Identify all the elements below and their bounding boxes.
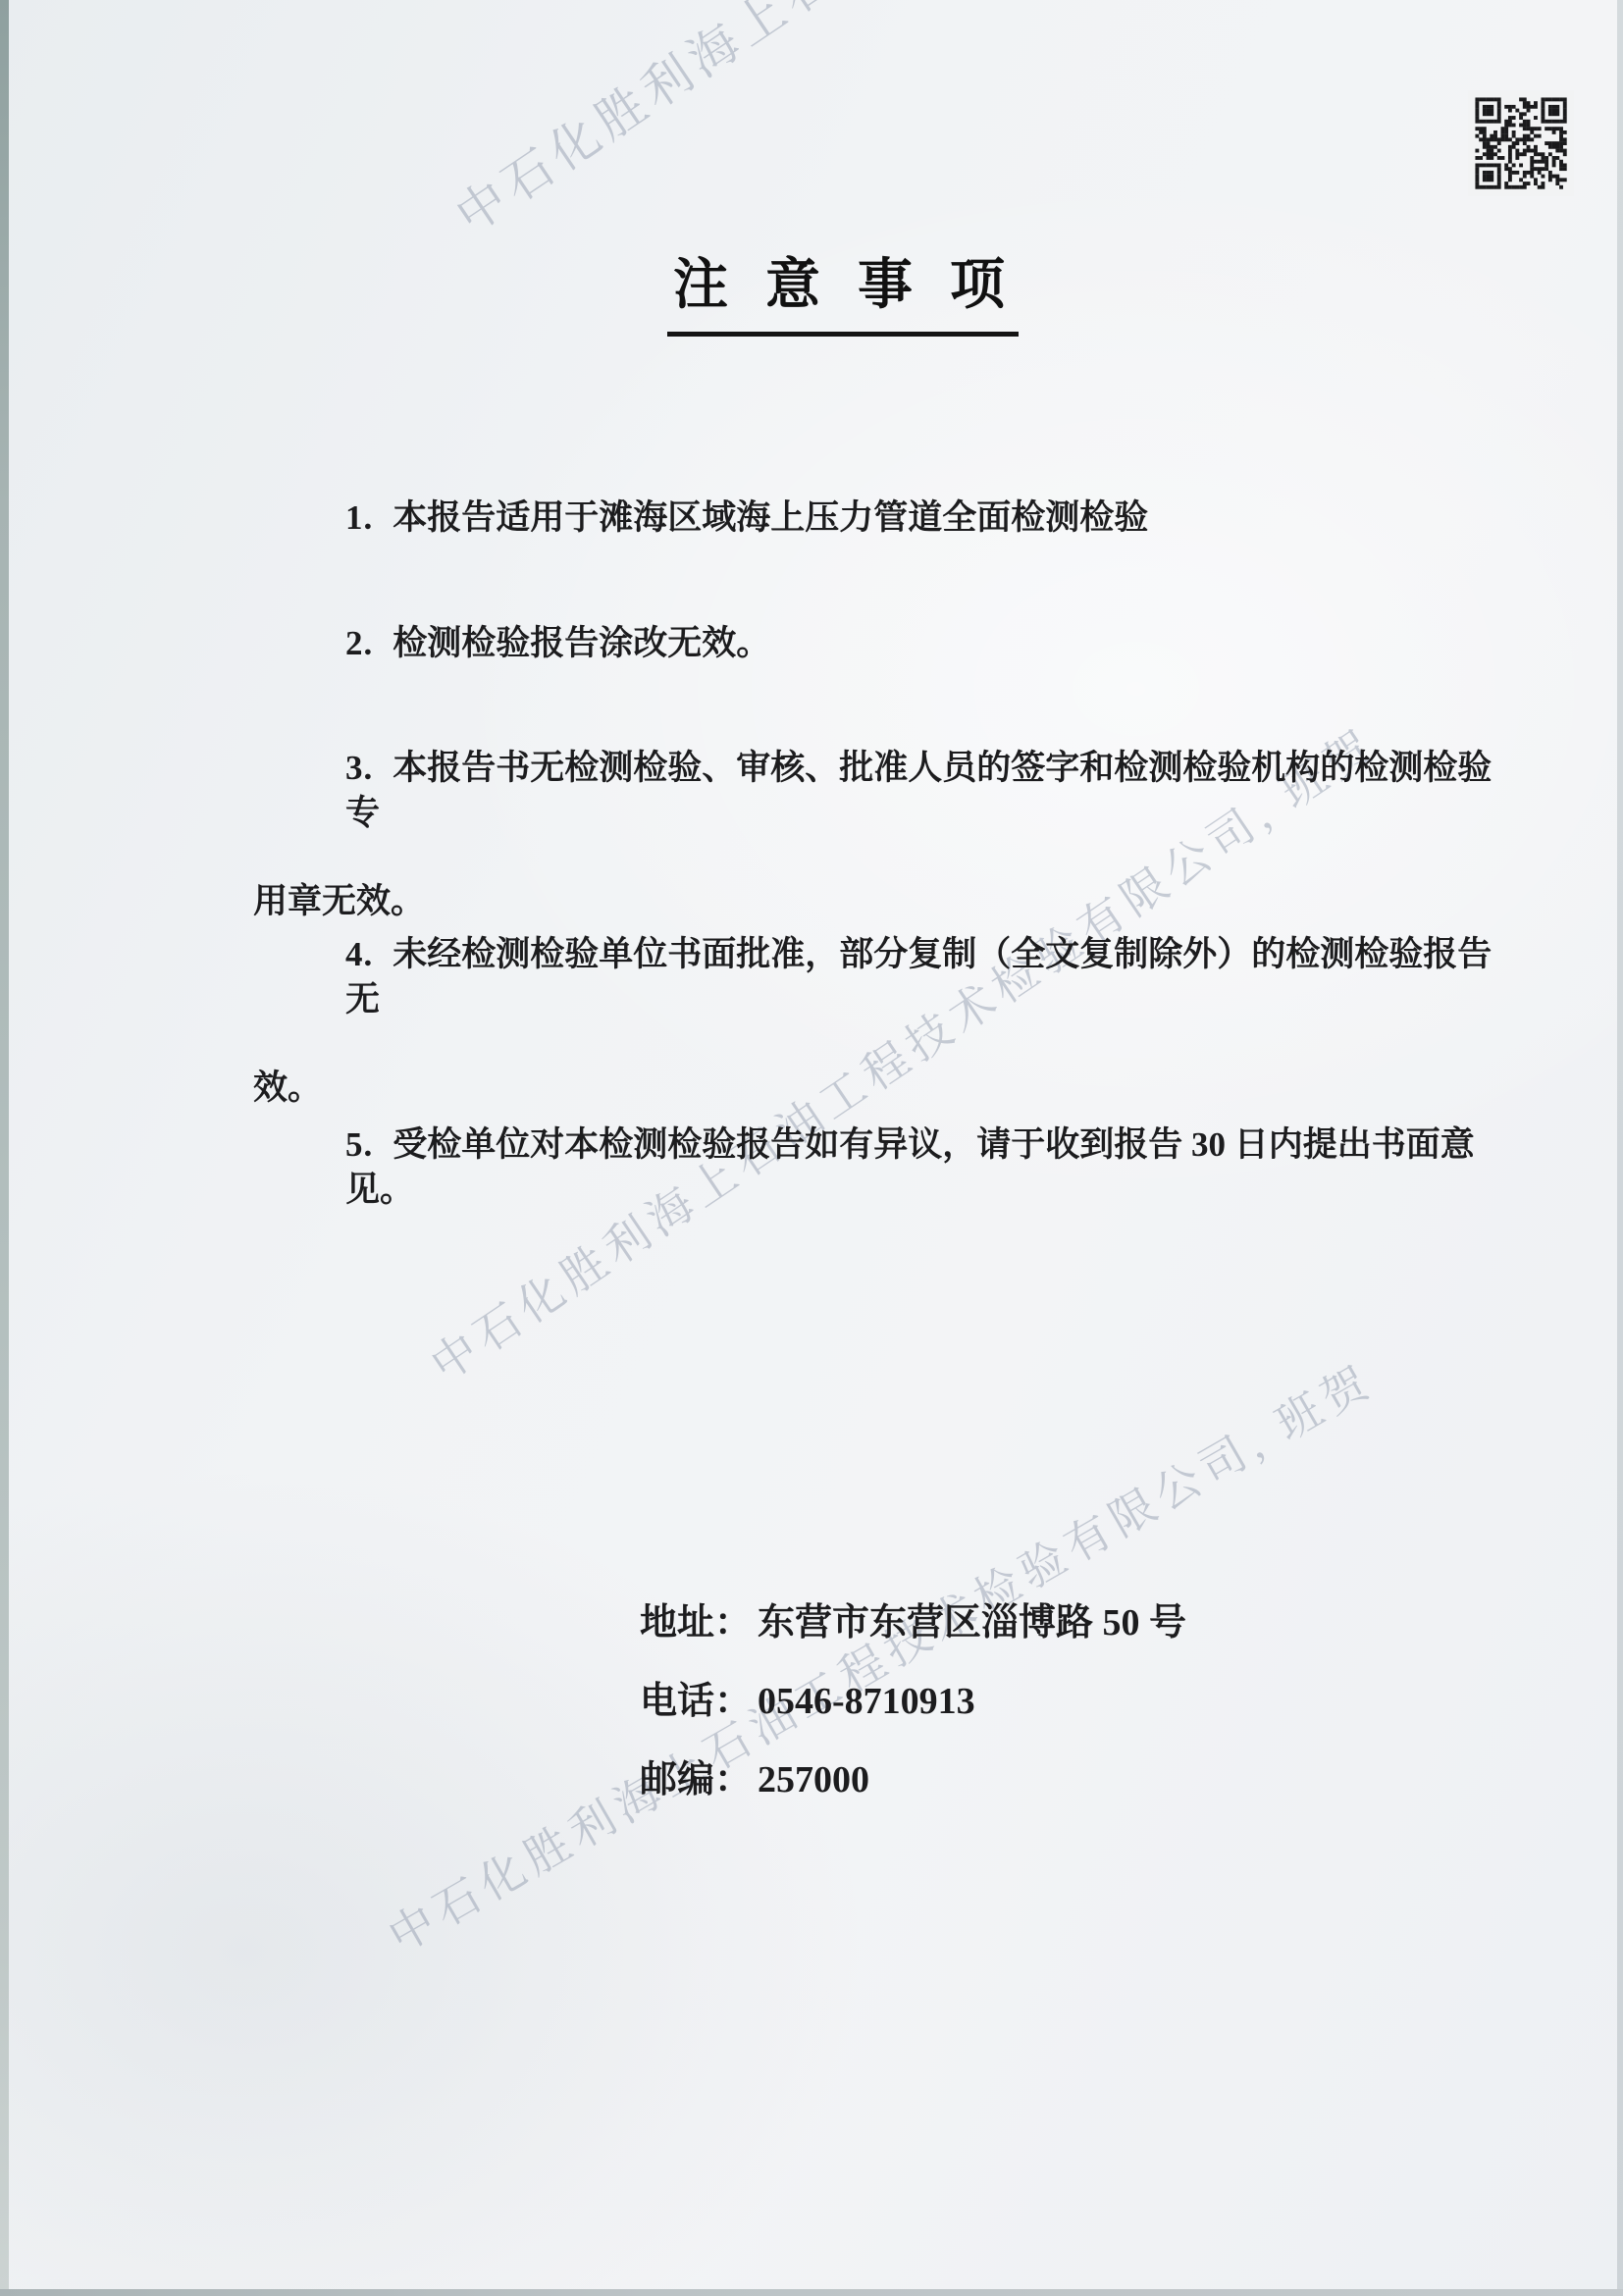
notice-text: 未经检测检验单位书面批准，部分复制（全文复制除外）的检测检验报告无 [345, 935, 1492, 1018]
scan-right-edge [1617, 0, 1623, 2296]
notice-line: 1.本报告适用于滩海区域海上压力管道全面检测检验 [253, 496, 1499, 541]
qr-code-pattern [1468, 90, 1574, 196]
notice-item-3: 3.本报告书无检测检验、审核、批准人员的签字和检测检验机构的检测检验专 用章无效… [253, 746, 1499, 924]
notice-line: 5.受检单位对本检测检验报告如有异议，请于收到报告 30 日内提出书面意见。 [253, 1122, 1499, 1213]
contact-address-value: 东营市东营区淄博路 50 号 [758, 1602, 1186, 1644]
notice-line: 3.本报告书无检测检验、审核、批准人员的签字和检测检验机构的检测检验专 [253, 746, 1499, 836]
diagonal-watermark-top: 中石化胜利海上石油工程技术检验有限公司, 班贺 [440, 0, 1485, 247]
contact-postal-label: 邮编： [640, 1759, 752, 1800]
document-page: 中石化胜利海上石油工程技术检验有限公司, 班贺 中石化胜利海上石油工程技术检验有… [0, 0, 1623, 2296]
notice-item-1: 1.本报告适用于滩海区域海上压力管道全面检测检验 [253, 496, 1499, 541]
qr-code [1468, 90, 1574, 196]
contact-phone-line: 电话：0546-8710913 [640, 1676, 1186, 1754]
page-title-row: 注 意 事 项 [0, 241, 1623, 337]
page-title: 注 意 事 项 [667, 241, 1019, 337]
contact-address-line: 地址：东营市东营区淄博路 50 号 [640, 1597, 1186, 1676]
notice-text: 检测检验报告涂改无效。 [393, 624, 770, 662]
notice-line: 效。 [253, 1066, 1499, 1111]
notice-number: 2. [345, 624, 373, 662]
notice-line: 用章无效。 [253, 879, 1499, 924]
notice-number: 3. [345, 749, 373, 787]
notice-text: 本报告书无检测检验、审核、批准人员的签字和检测检验机构的检测检验专 [345, 749, 1492, 832]
contact-address-label: 地址： [640, 1602, 752, 1644]
notice-item-2: 2.检测检验报告涂改无效。 [253, 621, 1499, 666]
notice-number: 5. [345, 1125, 373, 1164]
notice-text: 用章无效。 [253, 882, 425, 920]
scan-bottom-edge [0, 2289, 1623, 2296]
notice-line: 2.检测检验报告涂改无效。 [253, 621, 1499, 666]
notice-line: 4.未经检测检验单位书面批准，部分复制（全文复制除外）的检测检验报告无 [253, 932, 1499, 1022]
notice-item-4: 4.未经检测检验单位书面批准，部分复制（全文复制除外）的检测检验报告无 效。 [253, 932, 1499, 1111]
notice-item-5: 5.受检单位对本检测检验报告如有异议，请于收到报告 30 日内提出书面意见。 [253, 1122, 1499, 1213]
contact-block: 地址：东营市东营区淄博路 50 号 电话：0546-8710913 邮编：257… [640, 1597, 1186, 1833]
contact-postal-line: 邮编：257000 [640, 1754, 1186, 1833]
contact-phone-label: 电话： [640, 1681, 752, 1722]
notice-number: 4. [345, 935, 373, 973]
notice-text: 本报告适用于滩海区域海上压力管道全面检测检验 [393, 498, 1148, 537]
contact-phone-value: 0546-8710913 [758, 1681, 975, 1722]
notice-text: 受检单位对本检测检验报告如有异议，请于收到报告 30 日内提出书面意见。 [345, 1125, 1475, 1209]
notice-text: 效。 [253, 1069, 322, 1107]
contact-postal-value: 257000 [758, 1759, 869, 1800]
notice-number: 1. [345, 498, 373, 537]
scan-left-edge [0, 0, 9, 2296]
